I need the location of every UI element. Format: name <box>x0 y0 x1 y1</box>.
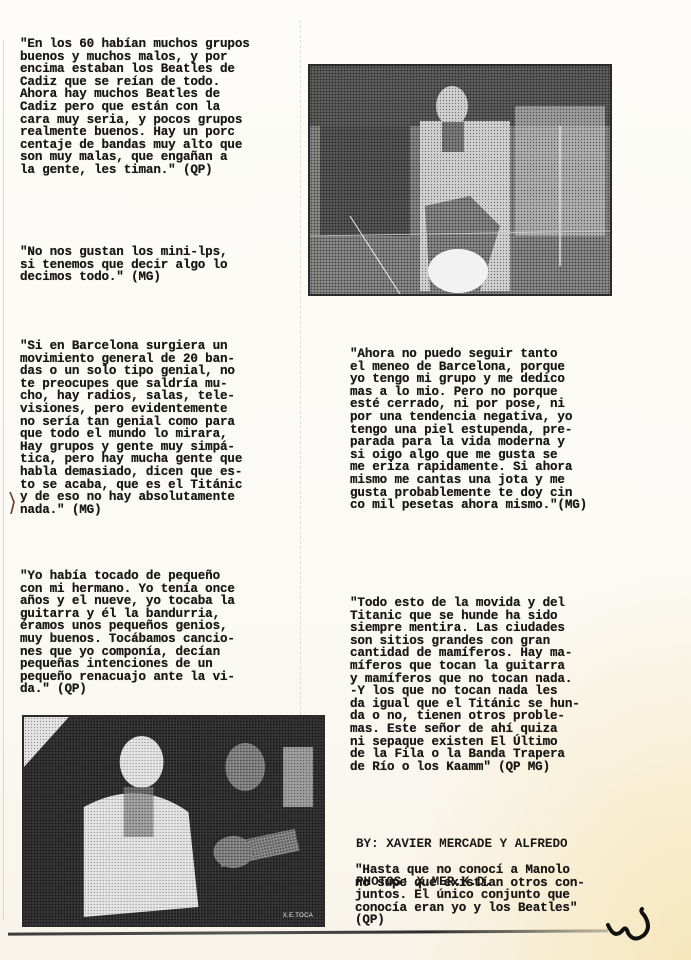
photo-singer-stage <box>308 64 612 296</box>
credits-by: BY: XAVIER MERCADE Y ALFREDO <box>356 838 568 851</box>
quote-line: la gente, les timan." (QP) <box>20 164 250 177</box>
quote-line: años y el nueve, yo tocaba la <box>20 595 235 608</box>
quote-line: visiones, pero evidentemente <box>20 403 242 416</box>
quote-line: (QP) <box>355 914 585 927</box>
quote-line: mismo me cantas una jota y me <box>350 474 587 487</box>
quote-sixties-bands: "En los 60 habían muchos gruposbuenos y … <box>20 38 250 177</box>
quote-line: "Si en Barcelona surgiera un <box>20 340 242 353</box>
quote-childhood-music: "Yo había tocado de pequeñocon mi herman… <box>20 570 235 696</box>
quote-line: míferos que tocan la guitarra <box>350 660 580 673</box>
quote-line: por una tendencia negativa, yo <box>350 411 587 424</box>
bottom-rule <box>8 929 608 935</box>
quote-line: siempre mentira. Las ciudades <box>350 622 580 635</box>
quote-line: decimos todo." (MG) <box>20 271 227 284</box>
quote-line: "Yo había tocado de pequeño <box>20 570 235 583</box>
quote-line: y de eso no hay absolutamente <box>20 491 242 504</box>
quote-line: conocía eran yo y los Beatles" <box>355 902 585 915</box>
photo-band-performing: X.E.TOCA <box>22 715 325 927</box>
quote-line: das o un solo tipo genial, no <box>20 365 242 378</box>
quote-line: de la Fila o la Banda Trapera <box>350 748 580 761</box>
quote-line: co mil pesetas ahora mismo."(MG) <box>350 499 587 512</box>
margin-line <box>3 40 4 920</box>
quote-line: da." (QP) <box>20 683 235 696</box>
quote-line: juntos. El único conjunto que <box>355 889 585 902</box>
quote-line: -Y los que no tocan nada les <box>350 685 580 698</box>
quote-barcelona-movement: "Si en Barcelona surgiera unmovimiento g… <box>20 340 242 516</box>
quote-line: "No nos gustan los mini-lps, <box>20 246 227 259</box>
quote-line: Cadiz pero que están con la <box>20 101 250 114</box>
quote-line: parada para la vida moderna y <box>350 436 587 449</box>
quote-line: habla demasiado, dicen que es- <box>20 466 242 479</box>
quote-line: pequeñas intenciones de un <box>20 658 235 671</box>
stray-ink-mark <box>9 492 15 514</box>
quote-line: muy buenos. Tocábamos cancio- <box>20 633 235 646</box>
quote-barcelona-meneo: "Ahora no puedo seguir tantoel meneo de … <box>350 348 587 512</box>
handwritten-page-mark-icon <box>604 905 654 945</box>
quote-manolo-beatles: "Hasta que no conocí a Manolono supe que… <box>355 864 585 927</box>
quote-line: de Río o los Kaamm" (QP MG) <box>350 761 580 774</box>
photo-credit-caption: X.E.TOCA <box>283 913 313 919</box>
quote-line: encima estaban los Beatles de <box>20 63 250 76</box>
quote-line: nada." (MG) <box>20 504 242 517</box>
quote-line: "En los 60 habían muchos grupos <box>20 38 250 51</box>
quote-line: yo tengo mi grupo y me dedico <box>350 373 587 386</box>
quote-line: realmente buenos. Hay un porc <box>20 126 250 139</box>
zine-page: "En los 60 habían muchos gruposbuenos y … <box>0 0 691 960</box>
quote-line: "Hasta que no conocí a Manolo <box>355 864 585 877</box>
quote-line: "Ahora no puedo seguir tanto <box>350 348 587 361</box>
quote-line: que todo el mundo lo mirara, <box>20 428 242 441</box>
quote-mini-lps: "No nos gustan los mini-lps,si tenemos q… <box>20 246 227 284</box>
quote-movida-titanic: "Todo esto de la movida y delTitanic que… <box>350 597 580 773</box>
quote-line: mas. Este señor de ahí quiza <box>350 723 580 736</box>
quote-line: "Todo esto de la movida y del <box>350 597 580 610</box>
